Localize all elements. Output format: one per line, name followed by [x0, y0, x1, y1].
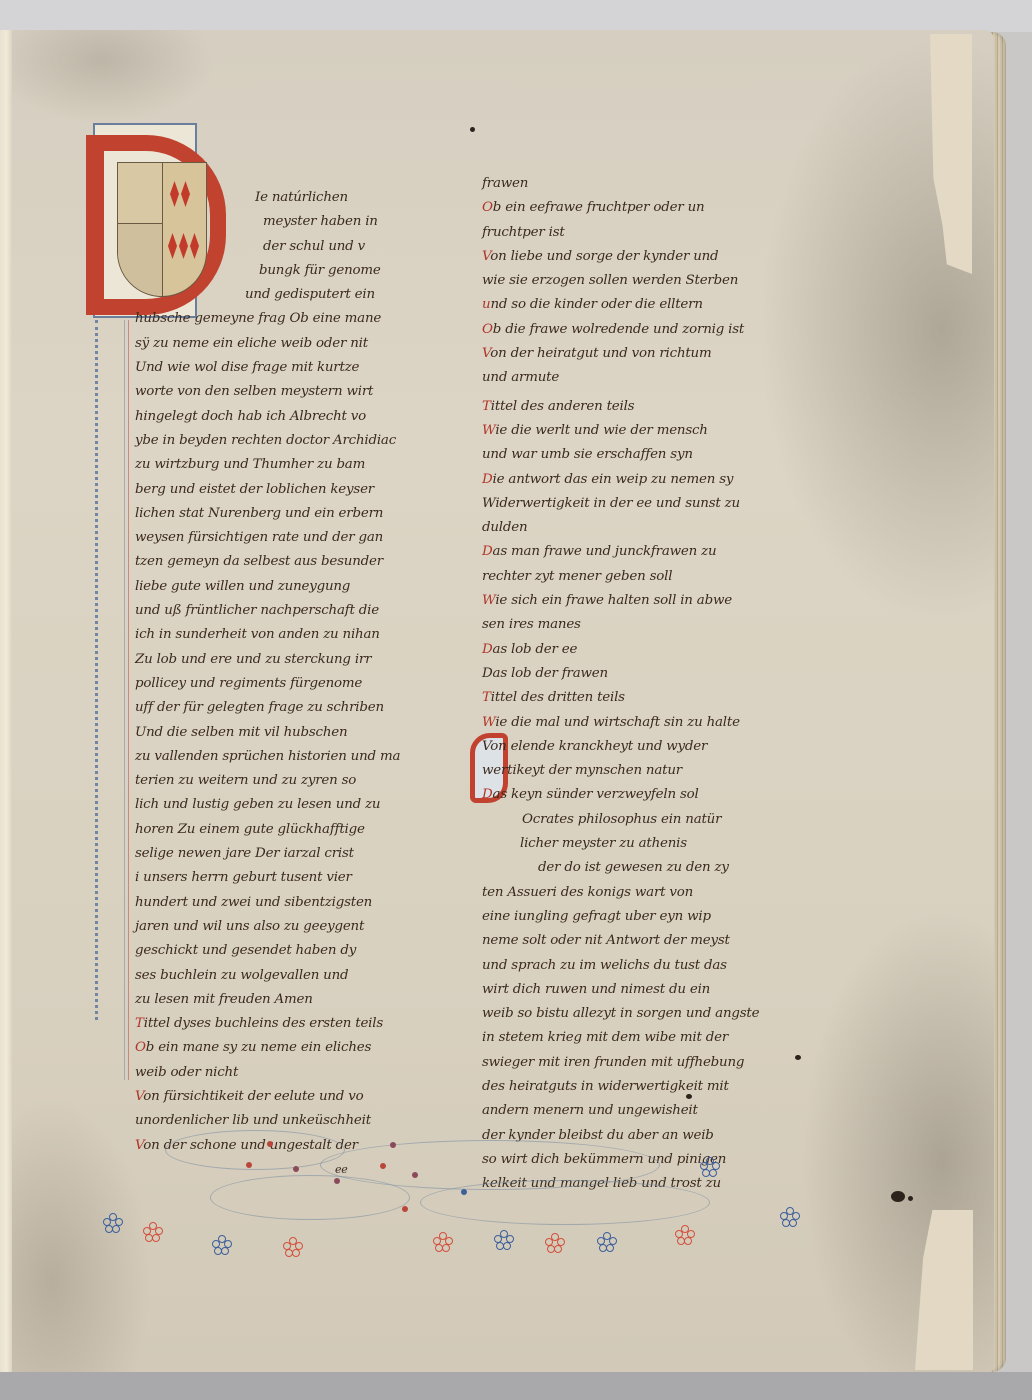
text-line: liebe gute willen und zuneygung	[135, 575, 435, 599]
flourish-dot	[461, 1189, 467, 1195]
text-line: uff der für gelegten frage zu schriben	[135, 696, 435, 720]
section-heading: Tittel dyses buchleins des ersten teils	[135, 1012, 435, 1036]
text-line: meyster haben in	[135, 210, 435, 234]
section-heading: Tittel des anderen teils	[482, 395, 782, 419]
text-line: zu vallenden sprüchen historien und ma	[135, 745, 435, 769]
text-line: Die antwort das ein weip zu nemen sy	[482, 468, 782, 492]
text-line: Ie natúrlichen	[135, 186, 435, 210]
text-line: ybe in beyden rechten doctor Archidiac	[135, 429, 435, 453]
text-line: Von der heiratgut und von richtum	[482, 342, 782, 366]
text-line: frawen	[482, 172, 782, 196]
text-line: tzen gemeyn da selbest aus besunder	[135, 550, 435, 574]
text-line: Widerwertigkeit in der ee und sunst zu	[482, 492, 782, 516]
scan-background-bottom	[0, 1372, 1032, 1400]
text-line: bungk für genome	[135, 259, 435, 283]
red-flower-icon	[433, 1232, 453, 1252]
text-line: licher meyster zu athenis	[482, 832, 782, 856]
text-line: und armute	[482, 366, 782, 390]
blue-flower-icon	[494, 1230, 514, 1250]
text-line: und sprach zu im welichs du tust das	[482, 954, 782, 978]
text-line: Wie die mal und wirtschaft sin zu halte	[482, 711, 782, 735]
text-line: hingelegt doch hab ich Albrecht vo	[135, 405, 435, 429]
blue-flower-icon	[700, 1157, 720, 1177]
text-line: und gedisputert ein	[135, 283, 435, 307]
text-line: hundert und zwei und sibentzigsten	[135, 891, 435, 915]
blue-flower-icon	[597, 1232, 617, 1252]
text-line: lich und lustig geben zu lesen und zu	[135, 793, 435, 817]
text-line: ich in sunderheit von anden zu nihan	[135, 623, 435, 647]
flourish-dot	[380, 1163, 386, 1169]
text-line: lichen stat Nurenberg und ein erbern	[135, 502, 435, 526]
flourish-dot	[334, 1178, 340, 1184]
text-line: Von liebe und sorge der kynder und	[482, 245, 782, 269]
section-heading: Tittel des dritten teils	[482, 686, 782, 710]
text-line: dulden	[482, 516, 782, 540]
text-line: wirt dich ruwen und nimest du ein	[482, 978, 782, 1002]
text-line: sen ires manes	[482, 613, 782, 637]
text-line: worte von den selben meystern wirt	[135, 380, 435, 404]
text-line: sÿ zu neme ein eliche weib oder nit	[135, 332, 435, 356]
flourish-dot	[402, 1206, 408, 1212]
text-line: weib so bistu allezyt in sorgen und angs…	[482, 1002, 782, 1026]
red-flower-icon	[143, 1222, 163, 1242]
blue-flower-icon	[212, 1235, 232, 1255]
text-line: weib oder nicht	[135, 1061, 435, 1085]
pen-flourish	[420, 1180, 710, 1225]
text-line: hubsche gemeyne frag Ob eine mane	[135, 307, 435, 331]
ruling-line	[128, 320, 129, 1080]
text-line: selige newen jare Der iarzal crist	[135, 842, 435, 866]
text-line: Das lob der ee	[482, 638, 782, 662]
text-line: Ocrates philosophus ein natür	[482, 808, 782, 832]
text-line: und uß früntlicher nachperschaft die	[135, 599, 435, 623]
text-line: ses buchlein zu wolgevallen und	[135, 964, 435, 988]
scan-background-top	[0, 0, 1032, 32]
text-line: der do ist gewesen zu den zy	[482, 856, 782, 880]
ink-blot	[891, 1191, 905, 1202]
text-line: des heiratguts in widerwertigkeit mit	[482, 1075, 782, 1099]
text-line: eine iungling gefragt uber eyn wip	[482, 905, 782, 929]
red-flower-icon	[283, 1237, 303, 1257]
right-column-text: frawen Ob ein eefrawe fruchtper oder un …	[482, 172, 782, 1196]
left-column-text: Ie natúrlichen meyster haben in der schu…	[135, 186, 435, 1182]
text-line: Zu lob und ere und zu sterckung irr	[135, 648, 435, 672]
text-line: weysen fürsichtigen rate und der gan	[135, 526, 435, 550]
text-line: Von fürsichtikeit der eelute und vo	[135, 1085, 435, 1109]
text-line: der schul und v	[135, 235, 435, 259]
text-line: und so die kinder oder die elltern	[482, 293, 782, 317]
text-line: Und die selben mit vil hubschen	[135, 721, 435, 745]
red-flower-icon	[545, 1233, 565, 1253]
text-line: horen Zu einem gute glückhafftige	[135, 818, 435, 842]
pen-flourish	[165, 1130, 345, 1170]
text-line: andern menern und ungewisheit	[482, 1099, 782, 1123]
text-line: i unsers herrn geburt tusent vier	[135, 866, 435, 890]
blue-flower-icon	[103, 1213, 123, 1233]
text-line: terien zu weitern und zu zyren so	[135, 769, 435, 793]
text-line: zu lesen mit freuden Amen	[135, 988, 435, 1012]
ink-blot	[470, 127, 475, 132]
text-line: berg und eistet der loblichen keyser	[135, 478, 435, 502]
red-flower-icon	[675, 1225, 695, 1245]
ink-blot	[908, 1196, 913, 1201]
text-line: zu wirtzburg und Thumher zu bam	[135, 453, 435, 477]
text-line: Das lob der frawen	[482, 662, 782, 686]
text-line: Von elende kranckheyt und wyder	[482, 735, 782, 759]
flourish-dot	[390, 1142, 396, 1148]
text-line: ten Assueri des konigs wart von	[482, 881, 782, 905]
text-line: wertikeyt der mynschen natur	[482, 759, 782, 783]
text-line: wie sie erzogen sollen werden Sterben	[482, 269, 782, 293]
blue-flower-icon	[780, 1207, 800, 1227]
text-line: fruchtper ist	[482, 221, 782, 245]
text-line: neme solt oder nit Antwort der meyst	[482, 929, 782, 953]
text-line: unordenlicher lib und unkeüschheit	[135, 1109, 435, 1133]
text-line: Das keyn sünder verzweyfeln sol	[482, 783, 782, 807]
text-line: rechter zyt mener geben soll	[482, 565, 782, 589]
text-line: Und wie wol dise frage mit kurtze	[135, 356, 435, 380]
text-line: Ob ein mane sy zu neme ein eliches	[135, 1036, 435, 1060]
text-line: Wie die werlt und wie der mensch	[482, 419, 782, 443]
text-line: swieger mit iren frunden mit uffhebung	[482, 1051, 782, 1075]
flourish-dot	[412, 1172, 418, 1178]
text-line: jaren und wil uns also zu geeygent	[135, 915, 435, 939]
text-line: in stetem krieg mit dem wibe mit der	[482, 1026, 782, 1050]
flourish-dot	[246, 1162, 252, 1168]
text-line: pollicey und regiments fürgenome	[135, 672, 435, 696]
text-line: geschickt und gesendet haben dy	[135, 939, 435, 963]
vine-border-decoration	[95, 320, 125, 1020]
text-line: Wie sich ein frawe halten soll in abwe	[482, 589, 782, 613]
ink-blot	[795, 1055, 801, 1060]
flourish-dot	[293, 1166, 299, 1172]
text-line: Ob die frawe wolredende und zornig ist	[482, 318, 782, 342]
text-line: Ob ein eefrawe fruchtper oder un	[482, 196, 782, 220]
text-line: Das man frawe und junckfrawen zu	[482, 540, 782, 564]
text-line: und war umb sie erschaffen syn	[482, 443, 782, 467]
flourish-dot	[267, 1141, 273, 1147]
